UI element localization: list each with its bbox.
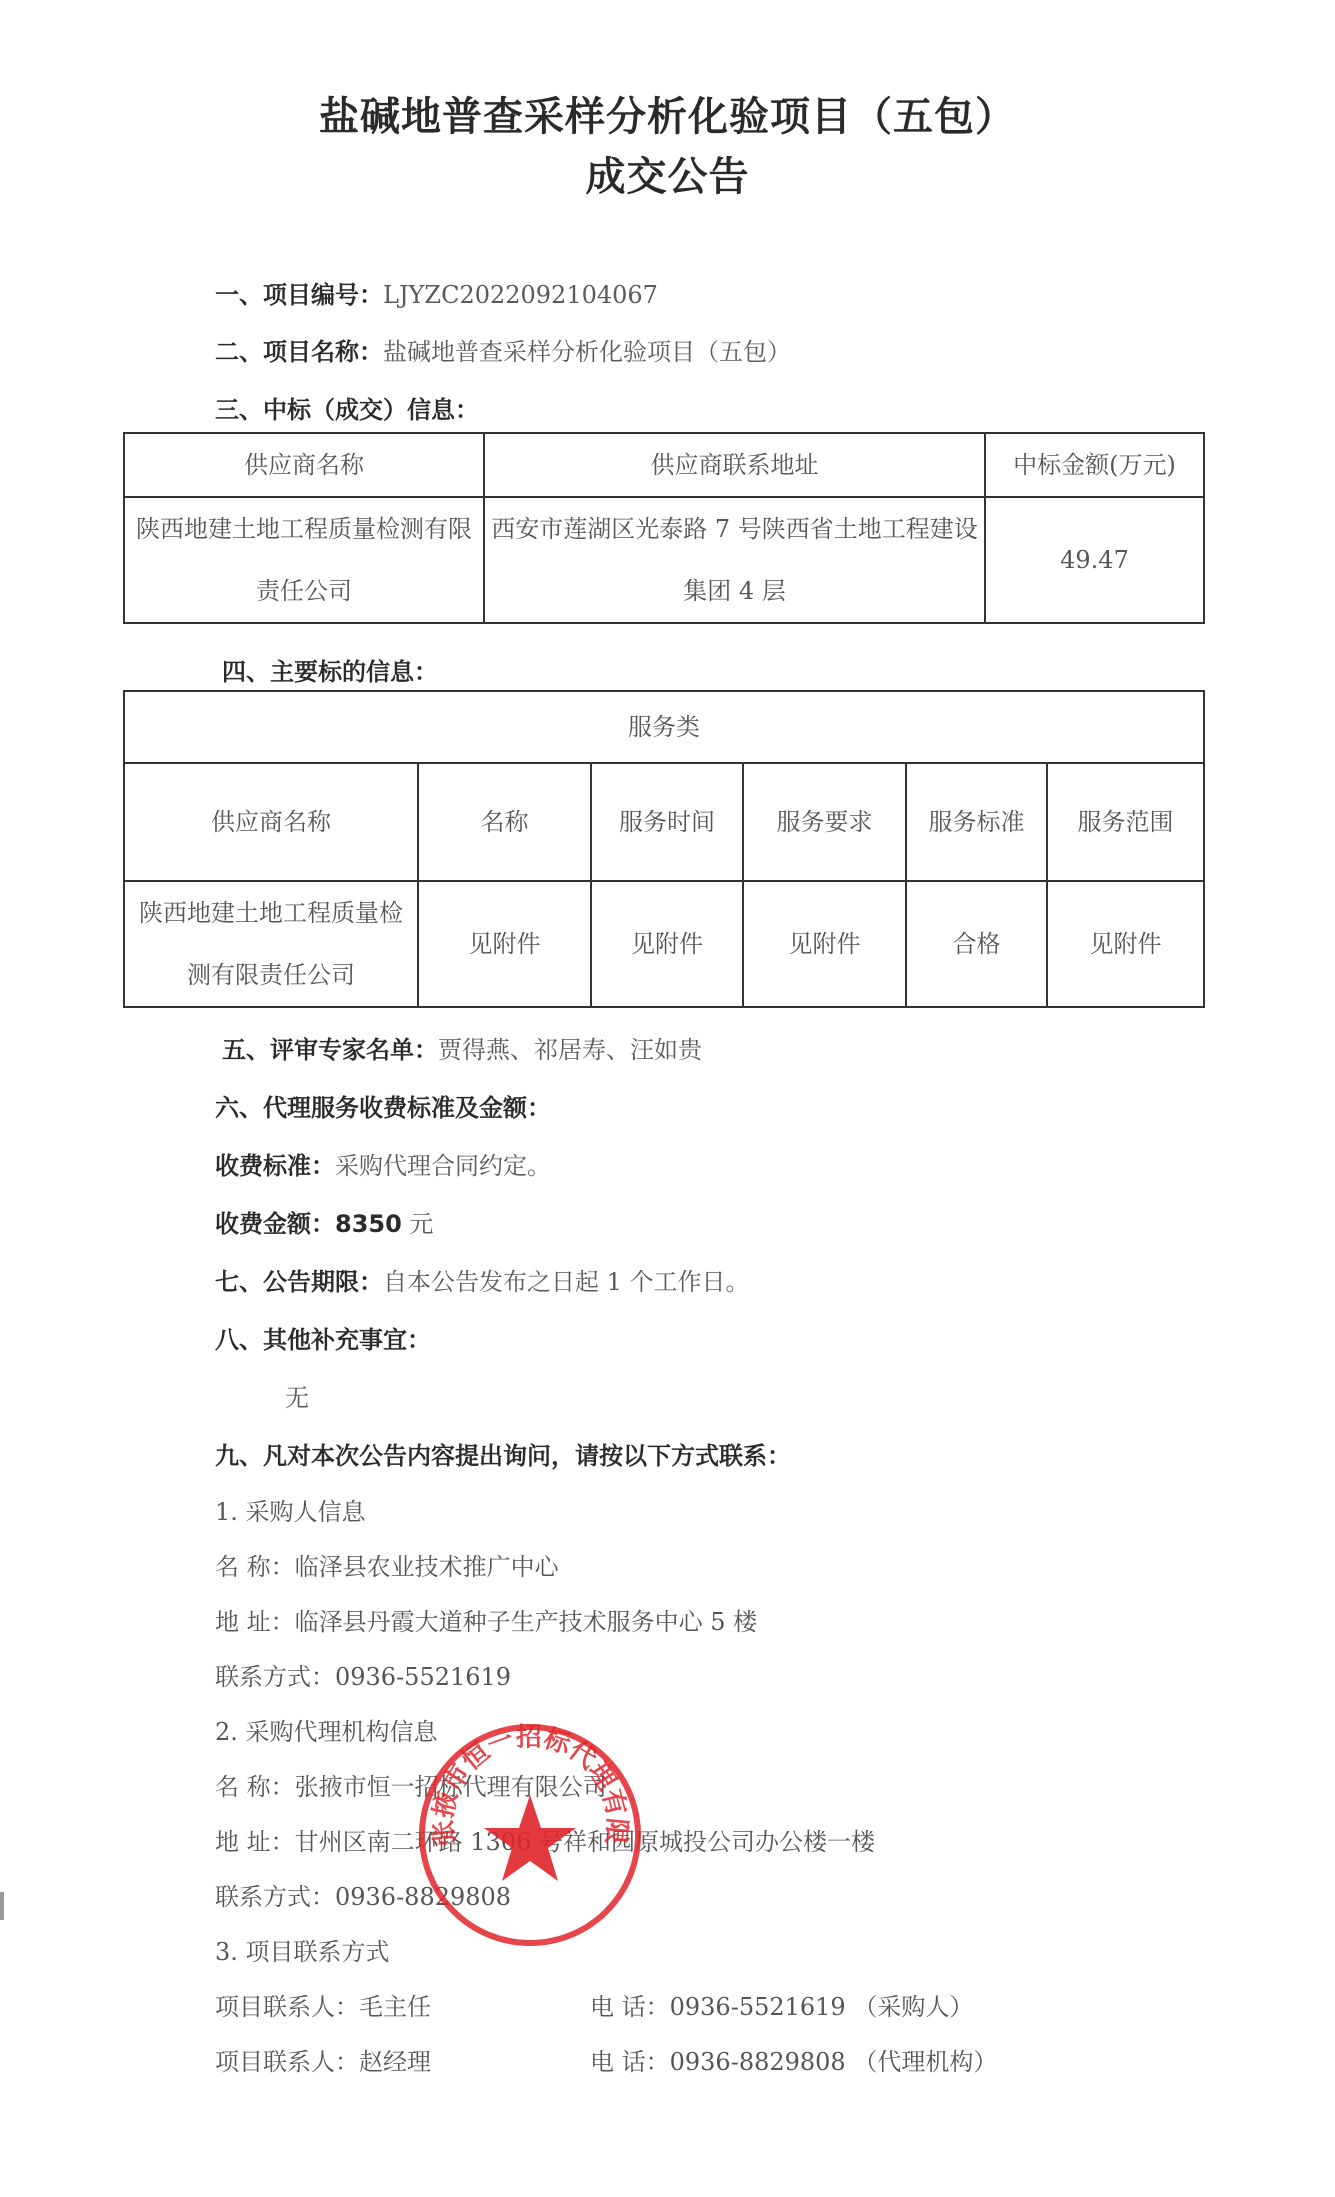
award-amount: 49.47 <box>985 497 1204 623</box>
project-name-label: 二、项目名称： <box>215 338 383 366</box>
project-number-value: LJYZC2022092104067 <box>383 281 658 309</box>
service-time: 见附件 <box>591 881 743 1007</box>
purchaser-name: 名 称：临泽县农业技术推广中心 <box>215 1547 559 1582</box>
header-name: 名称 <box>418 763 591 881</box>
header-award-amount: 中标金额(万元) <box>985 433 1204 497</box>
fee-standard-label: 收费标准： <box>215 1152 335 1180</box>
seal-icon: 张掖市恒一招标代理有限公司 <box>415 1720 645 1950</box>
supplier-name: 陕西地建土地工程质量检测有限责任公司 <box>124 497 484 623</box>
header-supplier-name: 供应商名称 <box>124 433 484 497</box>
contact-heading: 九、凡对本次公告内容提出询问，请按以下方式联系： <box>215 1436 791 1471</box>
header-supplier-name: 供应商名称 <box>124 763 418 881</box>
fee-amount-label: 收费金额： <box>215 1210 335 1238</box>
project-contact-heading: 3. 项目联系方式 <box>215 1932 390 1967</box>
project-number-label: 一、项目编号： <box>215 281 383 309</box>
project-name-value: 盐碱地普查采样分析化验项目（五包） <box>383 338 791 366</box>
fee-standard: 收费标准：采购代理合同约定。 <box>215 1146 551 1181</box>
award-info-heading: 三、中标（成交）信息： <box>215 390 479 425</box>
award-table-header: 供应商名称 供应商联系地址 中标金额(万元) <box>124 433 1204 497</box>
subject-info-heading: 四、主要标的信息： <box>222 652 438 687</box>
table-row: 陕西地建土地工程质量检测有限责任公司 见附件 见附件 见附件 合格 见附件 <box>124 881 1204 1007</box>
notice-period: 七、公告期限：自本公告发布之日起 1 个工作日。 <box>215 1262 750 1297</box>
document-subtitle: 成交公告 <box>0 145 1335 202</box>
other-matters-value: 无 <box>285 1378 309 1413</box>
supplier-address: 西安市莲湖区光泰路 7 号陕西省土地工程建设集团 4 层 <box>484 497 985 623</box>
project-name: 二、项目名称：盐碱地普查采样分析化验项目（五包） <box>215 332 791 367</box>
service-standard: 合格 <box>906 881 1047 1007</box>
agency-heading: 2. 采购代理机构信息 <box>215 1712 438 1747</box>
service-requirement: 见附件 <box>743 881 906 1007</box>
header-supplier-address: 供应商联系地址 <box>484 433 985 497</box>
header-service-standard: 服务标准 <box>906 763 1047 881</box>
fee-standard-value: 采购代理合同约定。 <box>335 1152 551 1180</box>
fee-amount-value: 8350 <box>335 1210 402 1238</box>
award-table: 供应商名称 供应商联系地址 中标金额(万元) 陕西地建土地工程质量检测有限责任公… <box>123 432 1205 624</box>
fee-amount: 收费金额：8350 元 <box>215 1204 433 1239</box>
fee-amount-unit: 元 <box>402 1210 434 1238</box>
other-matters-heading: 八、其他补充事宜： <box>215 1320 431 1355</box>
header-service-time: 服务时间 <box>591 763 743 881</box>
review-experts: 五、评审专家名单：贾得燕、祁居寿、汪如贵 <box>222 1030 702 1065</box>
agency-fee-label: 六、代理服务收费标准及金额： <box>215 1094 551 1122</box>
project-contact-phone-2: 电 话：0936-8829808 （代理机构） <box>590 2042 997 2077</box>
service-category: 服务类 <box>124 691 1204 763</box>
review-experts-value: 贾得燕、祁居寿、汪如贵 <box>438 1036 702 1064</box>
project-contact-person-1: 项目联系人：毛主任 <box>215 1987 431 2022</box>
item-name: 见附件 <box>418 881 591 1007</box>
service-scope: 见附件 <box>1047 881 1204 1007</box>
official-seal-stamp: 张掖市恒一招标代理有限公司 <box>415 1720 645 1950</box>
award-info-label: 三、中标（成交）信息： <box>215 396 479 424</box>
header-service-scope: 服务范围 <box>1047 763 1204 881</box>
subject-info-label: 四、主要标的信息： <box>222 658 438 686</box>
purchaser-heading: 1. 采购人信息 <box>215 1492 366 1527</box>
other-matters-label: 八、其他补充事宜： <box>215 1326 431 1354</box>
review-experts-label: 五、评审专家名单： <box>222 1036 438 1064</box>
purchaser-address: 地 址：临泽县丹霞大道种子生产技术服务中心 5 楼 <box>215 1602 757 1637</box>
project-contact-person-2: 项目联系人：赵经理 <box>215 2042 431 2077</box>
contact-heading-label: 九、凡对本次公告内容提出询问，请按以下方式联系： <box>215 1442 791 1470</box>
project-contact-phone-1: 电 话：0936-5521619 （采购人） <box>590 1987 973 2022</box>
agency-fee-heading: 六、代理服务收费标准及金额： <box>215 1088 551 1123</box>
purchaser-contact: 联系方式：0936-5521619 <box>215 1657 511 1692</box>
table-row: 陕西地建土地工程质量检测有限责任公司 西安市莲湖区光泰路 7 号陕西省土地工程建… <box>124 497 1204 623</box>
supplier-name: 陕西地建土地工程质量检测有限责任公司 <box>124 881 418 1007</box>
subject-table: 服务类 供应商名称 名称 服务时间 服务要求 服务标准 服务范围 陕西地建土地工… <box>123 690 1205 1008</box>
subject-table-header: 供应商名称 名称 服务时间 服务要求 服务标准 服务范围 <box>124 763 1204 881</box>
header-service-requirement: 服务要求 <box>743 763 906 881</box>
document-title: 盐碱地普查采样分析化验项目（五包） <box>0 85 1335 142</box>
notice-period-label: 七、公告期限： <box>215 1268 383 1296</box>
project-number: 一、项目编号：LJYZC2022092104067 <box>215 275 658 310</box>
scan-edge-artifact <box>0 1892 4 1920</box>
notice-period-value: 自本公告发布之日起 1 个工作日。 <box>383 1268 750 1296</box>
